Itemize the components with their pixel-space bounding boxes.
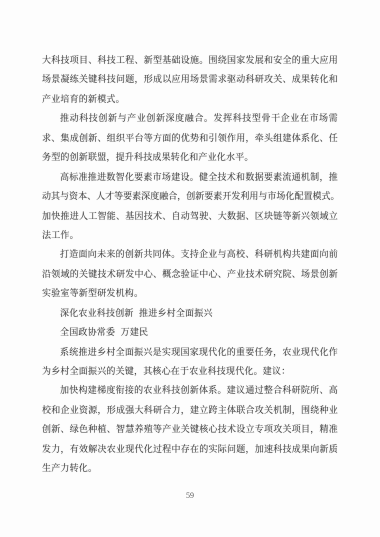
body-line: 产业培育的新模式。	[42, 90, 338, 109]
document-page: 大科技项目、科技工程、新型基础设施。围绕国家发展和安全的重大应用场景凝练关键科技…	[0, 0, 380, 537]
body-line: 大科技项目、科技工程、新型基础设施。围绕国家发展和安全的重大应用	[42, 51, 338, 70]
body-line: 系统推进乡村全面振兴是实现国家现代化的重要任务，农业现代化作	[42, 343, 338, 362]
body-line: 推动科技创新与产业创新深度融合。发挥科技型骨干企业在市场需	[42, 109, 338, 128]
body-line: 校和企业资源，形成强大科研合力，建立跨主体联合攻关机制，围绕种业	[42, 401, 338, 420]
body-line: 场景凝练关键科技问题，形成以应用场景需求驱动科研攻关、成果转化和	[42, 70, 338, 89]
body-line: 发力，有效解决农业现代化过程中存在的实际问题，加速科技成果向新质	[42, 440, 338, 459]
body-line: 加快构建梯度衔接的农业科技创新体系。建议通过整合科研院所、高	[42, 381, 338, 400]
text-block: 大科技项目、科技工程、新型基础设施。围绕国家发展和安全的重大应用场景凝练关键科技…	[42, 51, 338, 479]
page-number: 59	[0, 491, 380, 500]
body-line: 打造面向未来的创新共同体。支持企业与高校、科研机构共建面向前	[42, 245, 338, 264]
body-line: 实验室等新型研发机构。	[42, 284, 338, 303]
body-line: 求、集成创新、组织平台等方面的优势和引领作用，牵头组建体系化、任	[42, 129, 338, 148]
body-line: 务型的创新联盟，提升科技成果转化和产业化水平。	[42, 148, 338, 167]
body-line: 高标准推进数智化要素市场建设。健全技术和数据要素流通机制，推	[42, 168, 338, 187]
body-line: 生产力转化。	[42, 459, 338, 478]
body-line: 为乡村全面振兴的关键，其核心在于农业科技现代化。建议：	[42, 362, 338, 381]
body-line: 创新、绿色种植、智慧养殖等产业关键核心技术设立专项攻关项目，精准	[42, 420, 338, 439]
section-title: 深化农业科技创新 推进乡村全面振兴	[42, 304, 338, 323]
body-line: 法工作。	[42, 226, 338, 245]
body-line: 沿领域的关键技术研发中心、概念验证中心、产业技术研究院、场景创新	[42, 265, 338, 284]
author-line: 全国政协常委 万建民	[42, 323, 338, 342]
body-line: 加快推进人工智能、基因技术、自动驾驶、大数据、区块链等新兴领域立	[42, 207, 338, 226]
body-line: 动其与资本、人才等要素深度融合，创新要素开发利用与市场化配置模式。	[42, 187, 338, 206]
